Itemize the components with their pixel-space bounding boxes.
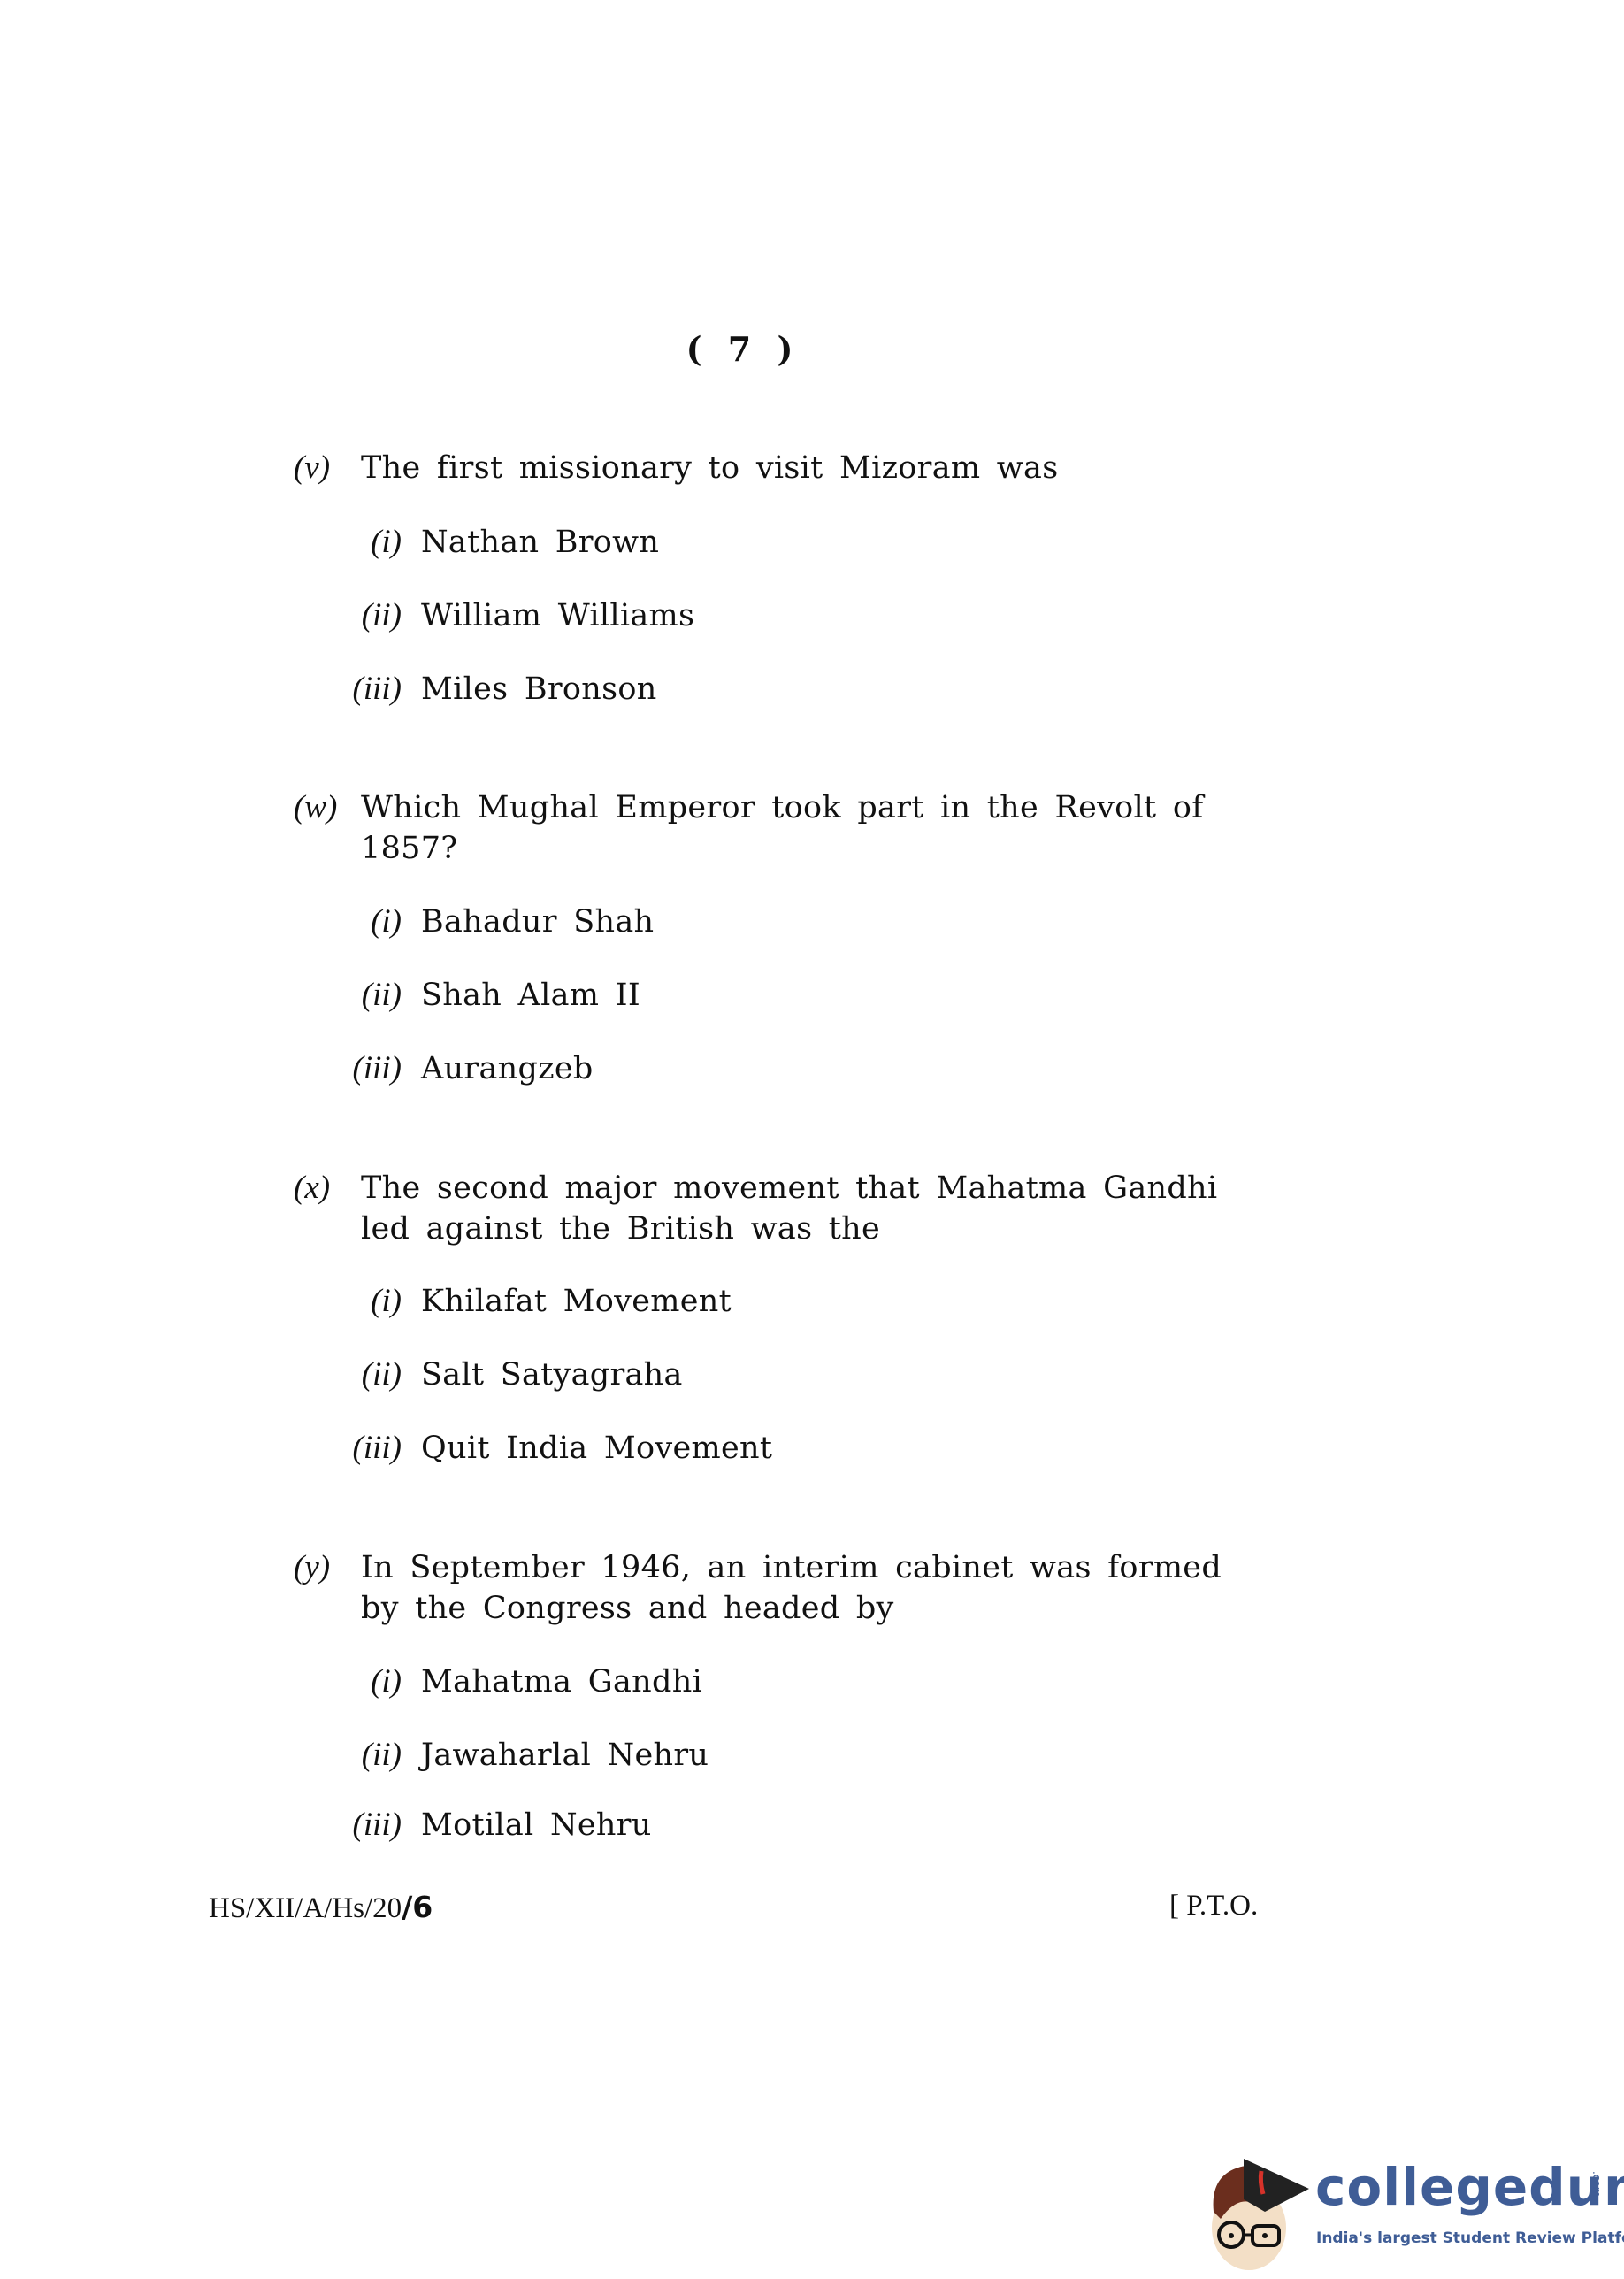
collegedunia-logo: collegedunia .com India's largest Studen… bbox=[1203, 2150, 1619, 2274]
option-label: (ii) bbox=[362, 975, 402, 1016]
question-text: In September 1946, an interim cabinet wa… bbox=[361, 1547, 1245, 1629]
option-label: (i) bbox=[371, 902, 402, 942]
option-text: Miles Bronson bbox=[421, 669, 657, 710]
brand-domain: .com bbox=[1590, 2171, 1603, 2197]
option-text: Bahadur Shah bbox=[421, 902, 654, 942]
option-text: William Williams bbox=[421, 595, 694, 636]
question-text: The second major movement that Mahatma G… bbox=[361, 1168, 1245, 1249]
option-text: Salt Satyagraha bbox=[421, 1354, 683, 1395]
option-label: (i) bbox=[371, 522, 402, 563]
option-label: (iii) bbox=[353, 669, 402, 710]
option-text: Khilafat Movement bbox=[421, 1281, 732, 1322]
paper-code: HS/XII/A/Hs/20/6 bbox=[209, 1890, 433, 1925]
option-label: (ii) bbox=[362, 1735, 402, 1776]
option-label: (ii) bbox=[362, 595, 402, 636]
mascot-icon bbox=[1203, 2150, 1318, 2274]
option-label: (ii) bbox=[362, 1354, 402, 1395]
option-label: (iii) bbox=[353, 1048, 402, 1089]
question-label: (w) bbox=[294, 787, 337, 828]
option-text: Quit India Movement bbox=[421, 1428, 772, 1469]
option-text: Jawaharlal Nehru bbox=[421, 1735, 709, 1776]
question-text: Which Mughal Emperor took part in the Re… bbox=[361, 787, 1245, 869]
option-label: (i) bbox=[371, 1281, 402, 1322]
option-text: Mahatma Gandhi bbox=[421, 1661, 702, 1702]
option-text: Aurangzeb bbox=[421, 1048, 594, 1089]
question-text: The first missionary to visit Mizoram wa… bbox=[361, 448, 1245, 488]
option-label: (i) bbox=[371, 1661, 402, 1702]
option-label: (iii) bbox=[353, 1428, 402, 1469]
question-label: (y) bbox=[294, 1547, 330, 1588]
question-label: (x) bbox=[294, 1168, 330, 1209]
paper-code-text: HS/XII/A/Hs/20 bbox=[209, 1892, 402, 1924]
option-text: Shah Alam II bbox=[421, 975, 640, 1016]
page-number: ( 7 ) bbox=[0, 329, 1486, 369]
question-label: (v) bbox=[294, 448, 330, 488]
brand-name: collegedunia bbox=[1315, 2157, 1624, 2217]
pto-marker: [ P.T.O. bbox=[1169, 1890, 1258, 1922]
option-label: (iii) bbox=[353, 1805, 402, 1845]
option-text: Motilal Nehru bbox=[421, 1805, 652, 1845]
brand-tagline: India's largest Student Review Platform bbox=[1316, 2229, 1624, 2247]
option-text: Nathan Brown bbox=[421, 522, 659, 563]
paper-code-bold: /6 bbox=[402, 1890, 433, 1924]
